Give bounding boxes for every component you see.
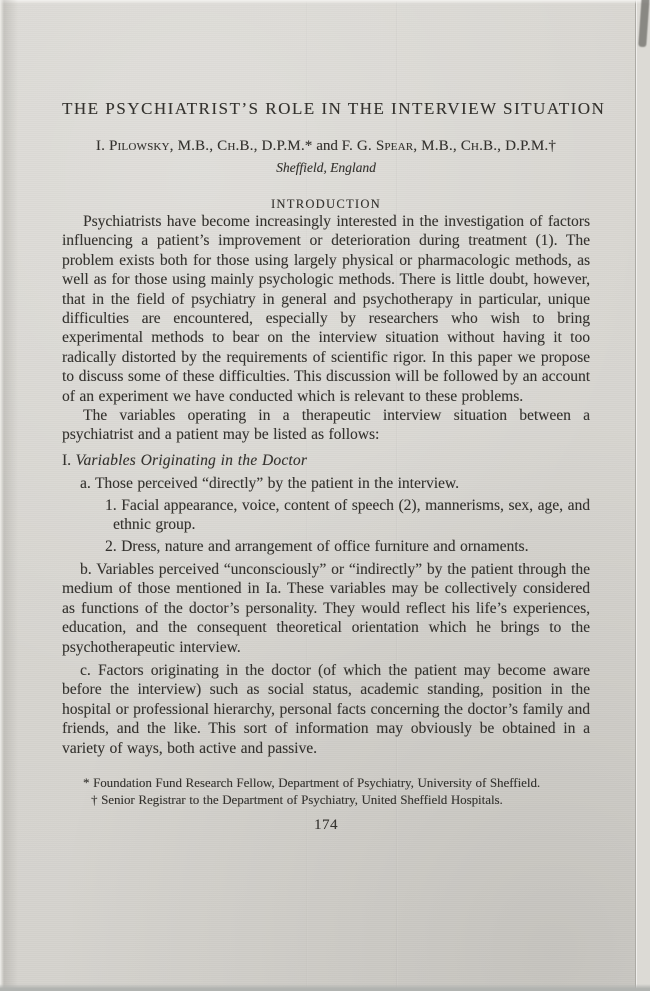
scan-edge-bottom bbox=[0, 984, 650, 991]
page-number: 174 bbox=[62, 817, 590, 834]
section-heading: INTRODUCTION bbox=[62, 197, 590, 212]
outline-section-heading: I. Variables Originating in the Doctor bbox=[62, 451, 590, 470]
item-text: Those perceived “directly” by the patien… bbox=[95, 475, 459, 492]
item-text: Factors originating in the doctor (of wh… bbox=[62, 662, 590, 757]
footnote-asterisk: * Foundation Fund Research Fellow, Depar… bbox=[62, 775, 590, 792]
author-2: F. G. Spear, M.B., Ch.B., D.P.M.† bbox=[342, 138, 556, 154]
scanned-paper-page: THE PSYCHIATRIST’S ROLE IN THE INTERVIEW… bbox=[0, 0, 650, 991]
paragraph-intro-1: Psychiatrists have become increasingly i… bbox=[62, 212, 590, 406]
footnotes: * Foundation Fund Research Fellow, Depar… bbox=[62, 775, 590, 809]
scan-edge-left bbox=[0, 0, 20, 991]
author-1: I. Pilowsky, M.B., Ch.B., D.P.M.* bbox=[96, 138, 313, 154]
scan-edge-top bbox=[0, 0, 650, 4]
item-label: a. bbox=[80, 475, 91, 492]
list-item-a1: 1. Facial appearance, voice, content of … bbox=[62, 496, 590, 535]
byline-conjunction: and bbox=[316, 138, 338, 154]
list-item-a2: 2. Dress, nature and arrangement of offi… bbox=[62, 537, 590, 556]
footnote-dagger: † Senior Registrar to the Department of … bbox=[62, 792, 590, 809]
item-label: 1. bbox=[105, 497, 117, 514]
item-text: Variables perceived “unconsciously” or “… bbox=[62, 561, 590, 656]
item-label: 2. bbox=[105, 538, 117, 555]
page-content: THE PSYCHIATRIST’S ROLE IN THE INTERVIEW… bbox=[62, 0, 590, 834]
item-label: b. bbox=[80, 561, 92, 578]
page-title: THE PSYCHIATRIST’S ROLE IN THE INTERVIEW… bbox=[62, 99, 590, 119]
outline-numeral: I. bbox=[62, 452, 71, 469]
list-item-b: b. Variables perceived “unconsciously” o… bbox=[62, 560, 590, 657]
list-item-a: a. Those perceived “directly” by the pat… bbox=[62, 474, 590, 493]
article-body: Psychiatrists have become increasingly i… bbox=[62, 212, 590, 758]
item-text: Dress, nature and arrangement of office … bbox=[121, 538, 528, 555]
page-edge-right bbox=[635, 0, 650, 991]
item-text: Facial appearance, voice, content of spe… bbox=[113, 497, 590, 533]
affiliation: Sheffield, England bbox=[62, 160, 590, 176]
item-label: c. bbox=[80, 662, 91, 679]
paragraph-intro-2: The variables operating in a therapeutic… bbox=[62, 406, 590, 445]
list-item-c: c. Factors originating in the doctor (of… bbox=[62, 661, 590, 758]
outline-title: Variables Originating in the Doctor bbox=[76, 452, 308, 469]
byline: I. Pilowsky, M.B., Ch.B., D.P.M.* and F.… bbox=[62, 138, 590, 155]
